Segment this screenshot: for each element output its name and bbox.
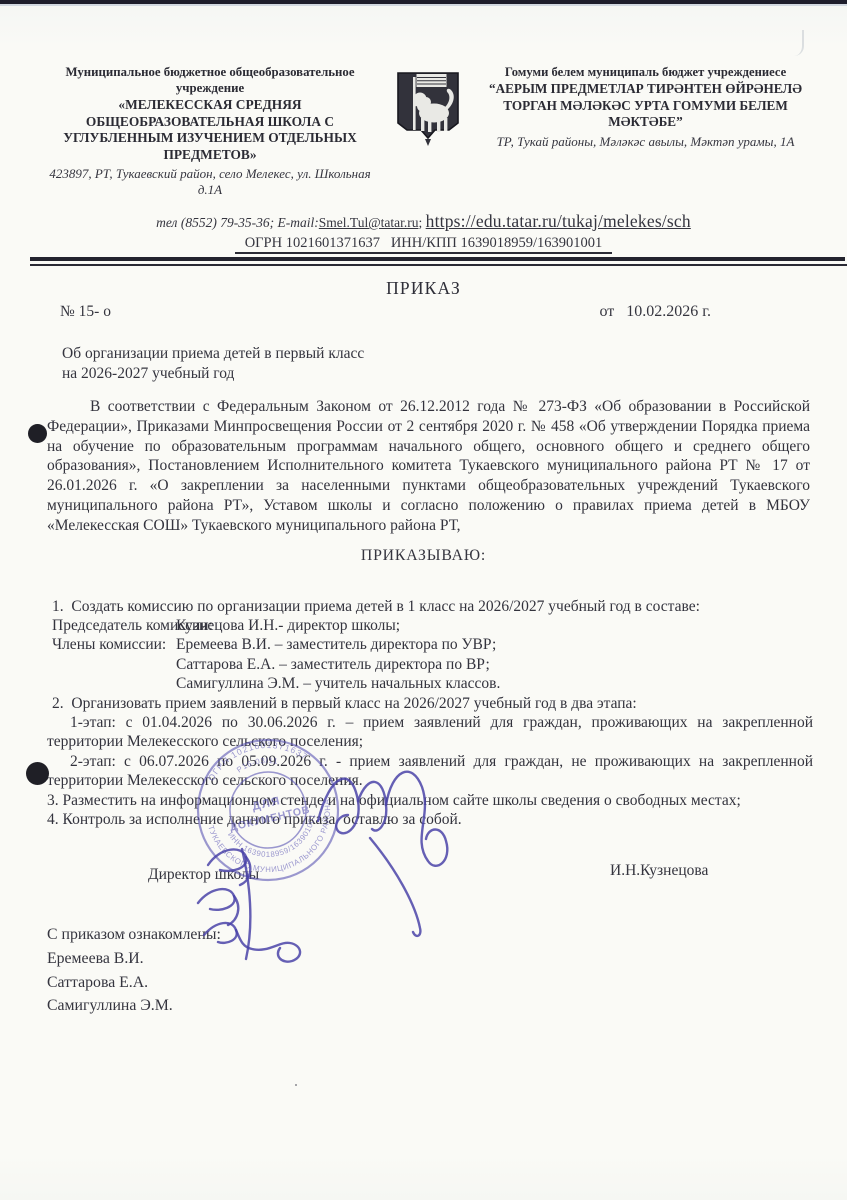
- acknowledgment-handwritten-signatures: [180, 843, 340, 965]
- separator: ;: [419, 215, 426, 230]
- committee-row: Самигуллина Э.М. – учитель начальных кла…: [52, 674, 813, 693]
- committee-member: Саттарова Е.А. – заместитель директора п…: [176, 655, 813, 674]
- committee-row: Председатель комиссии: Кузнецова И.Н.- д…: [52, 616, 813, 635]
- committee-member: Еремеева В.И. – заместитель директора по…: [176, 635, 813, 654]
- website-url: https://edu.tatar.ru/tukaj/melekes/sch: [426, 211, 691, 231]
- org-address: ТР, Тукай районы, Мәләкәс авылы, Мәктәп …: [474, 134, 817, 150]
- stamp-ogrn-text: ОГРН 1021601371637: [200, 730, 311, 785]
- acknowledgment-name: Саттарова Е.А.: [47, 974, 813, 992]
- hole-punch-mark: [26, 762, 49, 785]
- letterhead-divider-thick: [30, 257, 845, 261]
- order-number: № 15- о: [60, 303, 111, 321]
- document-title: ПРИКАЗ: [0, 278, 847, 299]
- letterhead-divider-thin: [30, 264, 847, 266]
- svg-text:ОГРН 1021601371637: ОГРН 1021601371637: [200, 730, 311, 785]
- order-preamble: В соответствии с Федеральным Законом от …: [47, 397, 810, 536]
- order-item-2: 2. Организовать прием заявлений в первый…: [52, 694, 813, 713]
- order-item-1: 1. Создать комиссию по организации прием…: [52, 597, 813, 616]
- committee-member: Кузнецова И.Н.- директор школы;: [176, 616, 813, 635]
- scan-speck: [295, 1084, 297, 1086]
- order-subject: Об организации приема детей в первый кла…: [62, 344, 847, 384]
- committee-row: Саттарова Е.А. – заместитель директора п…: [52, 655, 813, 674]
- paper-fold-mark: [792, 30, 804, 56]
- org-type-line: Гомуми белем муниципаль бюджет учреждени…: [474, 64, 817, 80]
- org-full-name: «МЕЛЕКЕССКАЯ СРЕДНЯЯ ОБЩЕОБРАЗОВАТЕЛЬНАЯ…: [38, 97, 382, 163]
- phone-and-email-label: тел (8552) 79-35-36; E-mail:: [156, 215, 319, 230]
- committee-role-label: [52, 674, 176, 693]
- acknowledgment-name: Самигуллина Э.М.: [47, 997, 813, 1015]
- order-date: от 10.02.2026 г.: [599, 303, 711, 321]
- org-type-line: Муниципальное бюджетное общеобразователь…: [38, 64, 382, 96]
- emblem-container: [382, 64, 474, 198]
- scan-speck: [599, 466, 602, 469]
- number-date-row: № 15- о от 10.02.2026 г.: [60, 303, 711, 321]
- committee-role-label: Члены комиссии:: [52, 635, 176, 654]
- resolution-word: ПРИКАЗЫВАЮ:: [0, 547, 847, 565]
- acknowledgment-name: Еремеева В.И.: [47, 950, 813, 968]
- scanned-order-document: Муниципальное бюджетное общеобразователь…: [0, 0, 847, 1200]
- committee-row: Члены комиссии: Еремеева В.И. – заместит…: [52, 635, 813, 654]
- org-name-tatar: Гомуми белем муниципаль бюджет учреждени…: [474, 64, 817, 198]
- committee-role-label: [52, 655, 176, 674]
- committee-role-label: Председатель комиссии:: [52, 616, 176, 635]
- registration-numbers-line: ОГРН 1021601371637 ИНН/КПП 1639018959/16…: [0, 234, 847, 254]
- org-address: 423897, РТ, Тукаевский район, село Мелек…: [38, 166, 382, 198]
- committee-member: Самигуллина Э.М. – учитель начальных кла…: [176, 674, 813, 693]
- org-name-russian: Муниципальное бюджетное общеобразователь…: [38, 64, 382, 198]
- scan-speck: [122, 932, 125, 934]
- ogrn-inn-text: ОГРН 1021601371637 ИНН/КПП 1639018959/16…: [235, 235, 613, 254]
- org-full-name: “АЕРЫМ ПРЕДМЕТЛАР ТИРӘНТЕН ӨЙРӘНЕЛӘ ТОРГ…: [474, 81, 817, 131]
- letterhead: Муниципальное бюджетное общеобразователь…: [38, 64, 817, 198]
- contact-line: тел (8552) 79-35-36; E-mail:Smel.Tul@tat…: [0, 211, 847, 232]
- email-address: Smel.Tul@tatar.ru: [319, 215, 419, 230]
- coat-of-arms-icon: [393, 66, 463, 148]
- hole-punch-mark: [28, 424, 47, 443]
- signer-name: И.Н.Кузнецова: [610, 862, 708, 880]
- scanner-edge-artifact: [0, 4, 847, 6]
